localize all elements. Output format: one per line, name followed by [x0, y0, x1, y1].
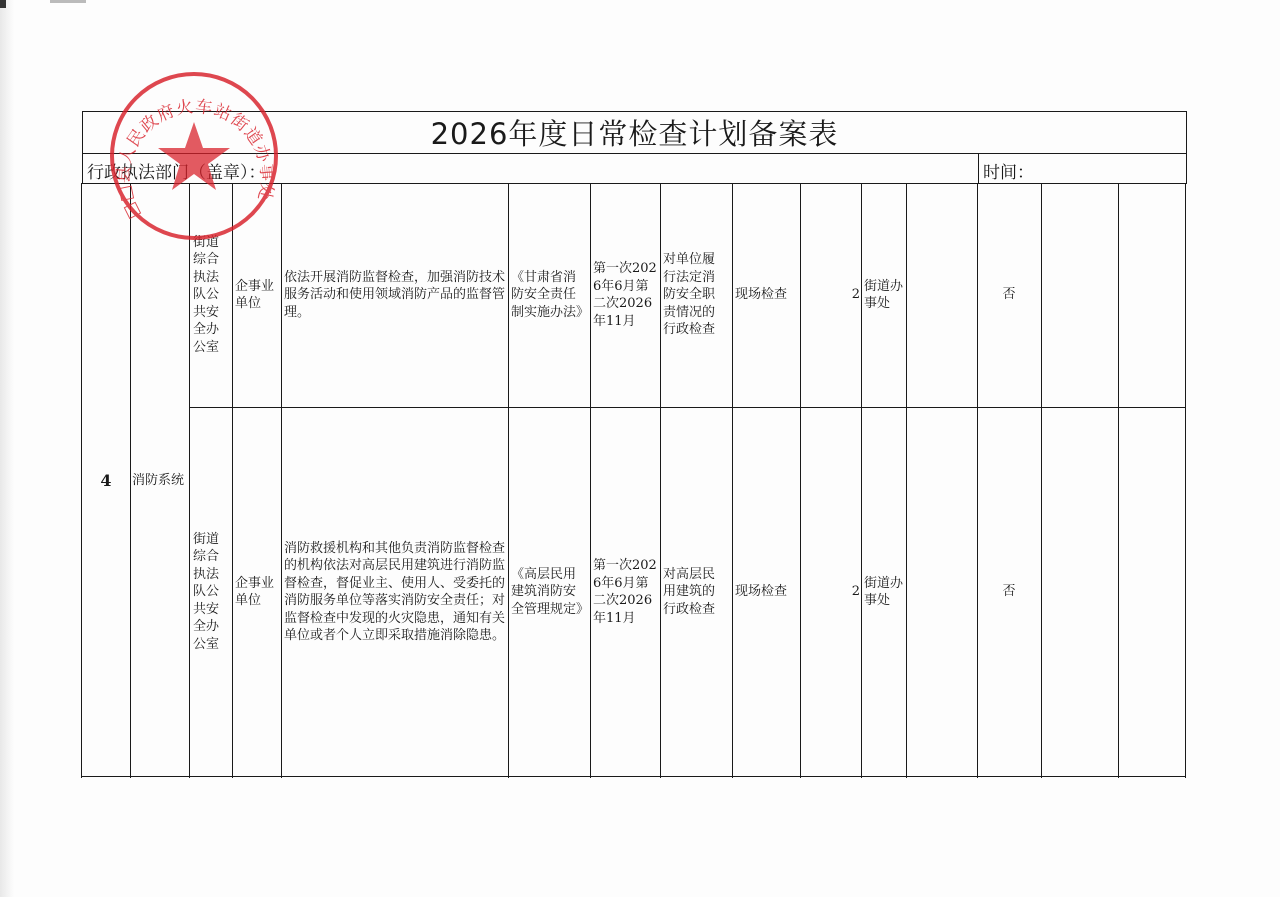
dept-cell: 街道综合执法队公共安全办公室: [189, 183, 232, 407]
scan-artifact: [50, 0, 86, 3]
header-info-row: 行政执法部门（盖章）： 时间：: [82, 153, 1187, 184]
method-text: 现场检查: [735, 583, 787, 601]
plan-table: 4 消防系统 街道综合执法队公共安全办公室 企事业单位 依法开展消防监督检查，加…: [82, 183, 1187, 778]
method-text: 现场检查: [735, 286, 787, 304]
schedule-cell: 第一次2026年6月第二次2026年11月: [590, 183, 660, 407]
content-cell: 消防救援机构和其他负责消防监督检查的机构依法对高层民用建筑进行消防监督检查，督促…: [281, 407, 508, 777]
basis-text: 《高层民用建筑消防安全管理规定》: [511, 566, 583, 619]
document-title: 2026年度日常检查计划备案表: [82, 111, 1187, 154]
empty-cell: [1118, 407, 1185, 777]
scan-artifact: [0, 0, 6, 8]
method-cell: 现场检查: [732, 407, 800, 777]
content-cell: 依法开展消防监督检查，加强消防技术服务活动和使用领域消防产品的监督管理。: [281, 183, 508, 407]
count-text: 2: [852, 583, 860, 601]
executor-text: 街道办事处: [864, 278, 904, 313]
item-text: 对高层民用建筑的行政检查: [663, 566, 723, 619]
empty-cell: [1118, 183, 1185, 407]
index-number: 4: [100, 472, 111, 490]
target-cell: 企事业单位: [232, 183, 281, 407]
basis-cell: 《高层民用建筑消防安全管理规定》: [508, 407, 590, 777]
divider: [978, 153, 979, 183]
empty-cell: [1041, 183, 1118, 407]
schedule-text: 第一次2026年6月第二次2026年11月: [593, 557, 657, 627]
joint-cell: 否: [977, 183, 1041, 407]
count-text: 2: [852, 286, 860, 304]
executor-cell: 街道办事处: [861, 183, 906, 407]
method-cell: 现场检查: [732, 183, 800, 407]
executor-text: 街道办事处: [864, 575, 904, 610]
count-cell: 2: [800, 407, 861, 777]
item-text: 对单位履行法定消防安全职责情况的行政检查: [663, 251, 723, 339]
empty-cell: [1041, 407, 1118, 777]
system-name: 消防系统: [132, 472, 184, 490]
dept-cell: 街道综合执法队公共安全办公室: [189, 407, 232, 777]
time-label: 时间：: [983, 158, 1034, 183]
empty-cell: [906, 183, 977, 407]
basis-cell: 《甘肃省消防安全责任制实施办法》: [508, 183, 590, 407]
item-cell: 对单位履行法定消防安全职责情况的行政检查: [660, 183, 732, 407]
content-text: 依法开展消防监督检查，加强消防技术服务活动和使用领域消防产品的监督管理。: [284, 269, 506, 322]
basis-text: 《甘肃省消防安全责任制实施办法》: [511, 269, 583, 322]
executor-cell: 街道办事处: [861, 407, 906, 777]
dept-text: 街道综合执法队公共安全办公室: [193, 234, 223, 357]
item-cell: 对高层民用建筑的行政检查: [660, 407, 732, 777]
scan-edge: [0, 0, 14, 897]
target-text: 企事业单位: [235, 278, 279, 313]
schedule-cell: 第一次2026年6月第二次2026年11月: [590, 407, 660, 777]
content-text: 消防救援机构和其他负责消防监督检查的机构依法对高层民用建筑进行消防监督检查，督促…: [284, 540, 506, 645]
empty-cell: [906, 407, 977, 777]
dept-text: 街道综合执法队公共安全办公室: [193, 531, 223, 654]
schedule-text: 第一次2026年6月第二次2026年11月: [593, 260, 657, 330]
joint-text: 否: [1002, 286, 1015, 304]
joint-text: 否: [1002, 583, 1015, 601]
target-text: 企事业单位: [235, 575, 279, 610]
target-cell: 企事业单位: [232, 407, 281, 777]
system-cell: 消防系统: [130, 183, 189, 778]
index-cell: 4: [82, 183, 130, 778]
joint-cell: 否: [977, 407, 1041, 777]
count-cell: 2: [800, 183, 861, 407]
dept-label: 行政执法部门（盖章）：: [87, 158, 266, 183]
document-title-text: 2026年度日常检查计划备案表: [431, 112, 839, 153]
